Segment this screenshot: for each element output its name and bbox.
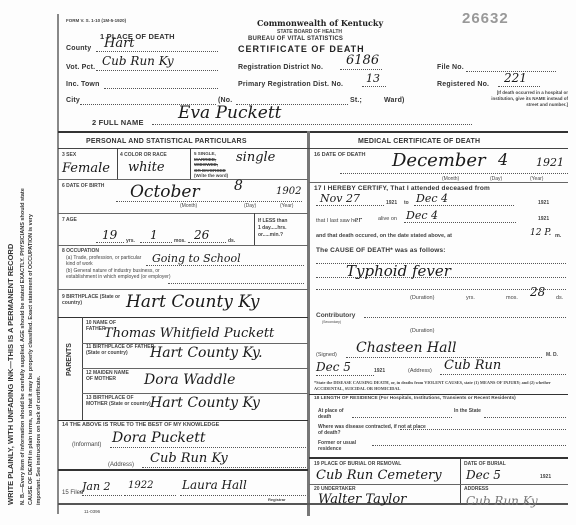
footnote-divider <box>309 394 568 395</box>
dob-month: October <box>130 182 200 202</box>
age-days: 26 <box>188 228 226 243</box>
attended-from-year: 1921 <box>386 200 397 206</box>
filed-label: 15 Filed <box>62 490 83 496</box>
residence-label: 18 LENGTH OF RESIDENCE (For Hospitals, I… <box>314 396 568 402</box>
occupation-a-value: Going to School <box>146 252 304 266</box>
bureau-heading: BUREAU OF VITAL STATISTICS <box>248 36 343 42</box>
inc-town-value <box>104 80 218 89</box>
former-residence-value <box>372 442 566 446</box>
contracted-value <box>400 426 566 430</box>
death-time: 12 P. <box>530 228 551 238</box>
mother-name-label: 12 MAIDEN NAME OF MOTHER <box>86 370 136 382</box>
informant-address-value: Cub Run Ky <box>142 451 306 468</box>
father-birthplace-value: Hart County Ky. <box>150 345 263 361</box>
mother-birthplace-value: Hart County Ky <box>150 395 260 411</box>
dob-label: 6 DATE OF BIRTH <box>62 183 104 189</box>
at-place-value <box>352 414 452 418</box>
burial-date-label: DATE OF BURIAL <box>464 461 506 467</box>
age-yrs-label: yrs. <box>126 238 135 244</box>
age-years: 19 <box>96 228 124 243</box>
duration-days-value: 28 <box>530 285 545 299</box>
cause-footnote: *State the DISEASE CAUSING DEATH, or, in… <box>314 380 568 392</box>
last-saw-label: that I last saw her <box>316 216 362 224</box>
registered-no-label: Registered No. <box>437 81 489 88</box>
occupation-b-value <box>168 280 304 284</box>
occupation-a-label: (a) Trade, profession, or particular kin… <box>66 255 150 267</box>
margin-nb-line1: N. B.—Every item of information should b… <box>20 188 26 505</box>
full-name-value: Eva Puckett <box>152 103 472 125</box>
duration-ds-label: ds. <box>556 295 563 301</box>
vot-pct-label: Vot. Pct. <box>66 64 95 71</box>
city-label: City <box>66 97 80 104</box>
dod-field: December 4 1921 <box>340 150 568 174</box>
dob-month-caption: (Month) <box>180 203 197 209</box>
registrar-signature: Laura Hall <box>180 478 306 496</box>
sex-label: 3 SEX <box>62 152 76 158</box>
last-saw-date: Dec 4 <box>404 209 516 223</box>
registered-no-value: 221 <box>498 71 540 87</box>
birthplace-label: 9 BIRTHPLACE (State or country) <box>62 294 132 306</box>
informant-address-label: (Address) <box>108 462 134 468</box>
contributory-value <box>364 311 566 318</box>
dob-year-caption: (Year) <box>280 203 293 209</box>
color-divider <box>190 149 191 179</box>
margin-write-plainly: WRITE PLAINLY, WITH UNFADING INK—THIS IS… <box>6 25 15 505</box>
county-value: Hart <box>96 36 218 52</box>
board-heading: STATE BOARD OF HEALTH <box>277 29 342 35</box>
margin-nb-line3: important. See instructions on back of c… <box>36 376 42 505</box>
mother-row-divider <box>82 393 308 394</box>
marital-options: 5 SINGLE, MARRIED, WIDOWED, OR DIVORCED … <box>194 151 228 179</box>
dod-month: December <box>392 150 486 171</box>
contributory-label: Contributory <box>316 312 355 319</box>
mother-name-value: Dora Waddle <box>144 372 235 388</box>
file-no-label: File No. <box>437 64 464 71</box>
primary-reg-value: 13 <box>362 72 386 87</box>
burial-date-value: Dec 5 <box>466 468 501 482</box>
at-place-label: At place of death <box>318 408 354 420</box>
dob-year: 1902 <box>276 186 301 197</box>
undertaker-address-value: Cub Run Ky <box>466 494 538 508</box>
dod-day: 4 <box>498 150 508 169</box>
in-state-label: In the State <box>454 408 484 414</box>
medical-section-title: MEDICAL CERTIFICATE OF DEATH <box>358 138 480 145</box>
signed-date: Dec 5 <box>316 360 374 376</box>
margin-nb-line2: CAUSE OF DEATH in plain terms, so that i… <box>28 214 34 505</box>
attended-to: Dec 4 <box>414 192 514 206</box>
sex-value: Female <box>62 161 110 176</box>
parents-bottom-divider <box>58 420 308 421</box>
section-divider-top <box>58 131 568 133</box>
filed-year: 1922 <box>124 480 176 496</box>
attended-to-year: 1921 <box>538 200 549 206</box>
informant-value: Dora Puckett <box>110 430 306 448</box>
informant-heading: 14 THE ABOVE IS TRUE TO THE BEST OF MY K… <box>62 422 219 428</box>
duration-mos-label: mos. <box>506 295 518 301</box>
primary-reg-label: Primary Registration Dist. No. <box>238 81 343 88</box>
certify-label: 17 I HEREBY CERTIFY, That I attended dec… <box>314 185 490 192</box>
marital-value: single <box>236 150 275 165</box>
row-divider-2 <box>58 213 308 214</box>
age-ds-label: ds. <box>228 238 235 244</box>
form-number: FORM V. S. 1-10 (1M-5-1920) <box>66 18 126 23</box>
attended-from: Nov 27 <box>316 192 384 206</box>
hospital-note: [If death occurred in a hospital or inst… <box>478 90 568 108</box>
dob-field: October 8 1902 <box>116 182 302 202</box>
cause-line-3 <box>316 278 566 290</box>
residence-bottom-rule <box>309 457 568 459</box>
reg-district-label: Registration District No. <box>238 64 323 71</box>
undertaker-value: Walter Taylor <box>318 492 406 507</box>
former-residence-label: Former or usual residence <box>318 440 378 452</box>
dob-day: 8 <box>234 178 243 194</box>
registrar-label: Registrar <box>268 497 286 502</box>
burial-place-value: Cub Run Cemetery <box>316 468 442 483</box>
father-birthplace-label: 11 BIRTHPLACE OF FATHER (State or countr… <box>86 345 156 356</box>
less-than-day: If LESS than 1 day.....hrs. or.....min.? <box>258 218 287 239</box>
row-divider-5 <box>58 317 308 318</box>
county-label: County <box>66 45 91 52</box>
dod-divider <box>309 182 568 183</box>
duration-label: (Duration) <box>410 295 434 301</box>
undertaker-address-label: ADDRESS <box>464 486 488 492</box>
personal-section-title: PERSONAL AND STATISTICAL PARTICULARS <box>86 138 247 145</box>
phys-address-value: Cub Run <box>440 358 566 375</box>
death-time-m: m. <box>555 233 561 239</box>
phys-address-label: (Address) <box>408 368 432 374</box>
commonwealth-heading: Commonwealth of Kentucky <box>257 18 383 28</box>
burial-year-value: 1921 <box>540 474 551 480</box>
signed-label: (Signed) <box>316 352 337 358</box>
vot-pct-value: Cub Run Ky <box>96 54 218 71</box>
color-label: 4 COLOR OR RACE <box>120 152 167 158</box>
row-divider-3 <box>58 245 308 246</box>
color-value: white <box>128 160 165 175</box>
duration-yrs-label: yrs. <box>466 295 475 301</box>
alive-on-label: alive on <box>378 216 397 222</box>
row-divider-4 <box>58 289 308 290</box>
form-left-border <box>57 14 59 514</box>
cause-of-death-label: The CAUSE OF DEATH* was as follows: <box>316 247 446 254</box>
full-name-label: 2 FULL NAME <box>92 118 144 127</box>
father-name-value: Thomas Whitfield Puckett <box>104 326 274 341</box>
form-footer-code: 11-0396 <box>84 509 100 514</box>
stamp-number: 26632 <box>462 10 509 27</box>
last-saw-year: 1921 <box>538 216 549 222</box>
reg-district-value: 6186 <box>340 53 382 70</box>
father-birth-row-divider <box>82 368 308 369</box>
informant-bottom-rule <box>58 469 308 471</box>
age-divider <box>254 213 255 245</box>
age-months: 1 <box>140 228 172 243</box>
contrib-duration-label: (Duration) <box>410 328 434 334</box>
birthplace-value: Hart County Ky <box>126 292 260 312</box>
secondary-label: (Secondary) <box>322 320 341 324</box>
mother-birthplace-label: 13 BIRTHPLACE OF MOTHER (State or countr… <box>86 396 156 407</box>
occupation-label: 8 OCCUPATION <box>62 248 99 254</box>
burial-row-divider <box>309 484 568 485</box>
in-state-value <box>484 414 566 418</box>
signed-year: 1921 <box>374 368 385 374</box>
section-title-underline <box>58 148 568 149</box>
attended-to-label: to <box>404 200 409 206</box>
dob-day-caption: (Day) <box>244 203 256 209</box>
death-occurred-label: and that death occured, on the date stat… <box>316 233 452 239</box>
physician-signature: Chasteen Hall <box>346 340 542 358</box>
age-mos-label: mos. <box>174 238 186 244</box>
dod-year: 1921 <box>536 156 564 169</box>
informant-label: (Informant) <box>72 442 101 448</box>
parents-label: PARENTS <box>66 343 73 376</box>
inc-town-label: Inc. Town <box>66 81 100 88</box>
age-label: 7 AGE <box>62 217 77 223</box>
row-divider-1 <box>58 179 308 180</box>
cause-of-death-value: Typhoid fever <box>316 262 566 278</box>
sex-divider <box>117 149 118 179</box>
burial-divider <box>460 459 461 503</box>
occupation-b-label: (b) General nature of industry business,… <box>66 268 174 280</box>
filed-date: Jan 2 <box>82 480 122 496</box>
burial-place-label: 19 PLACE OF BURIAL OR REMOVAL <box>314 461 401 467</box>
